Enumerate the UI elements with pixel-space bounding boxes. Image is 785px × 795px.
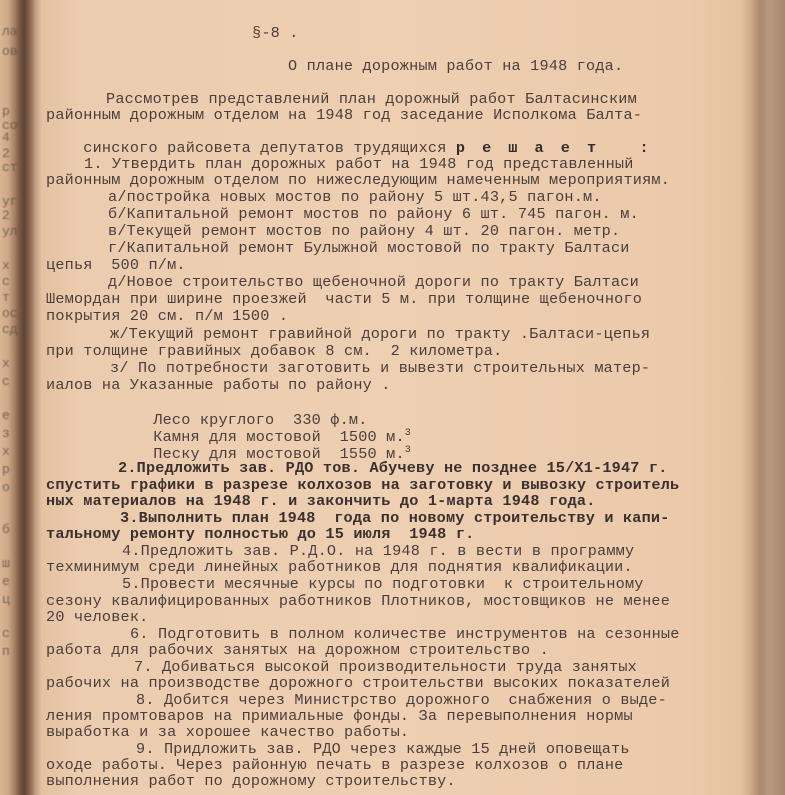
- subitem-zh: ж/Текущий ремонт гравийной дороги по тра…: [110, 325, 650, 343]
- subitem-d: покрытия 20 см. п/м 1500 .: [46, 307, 288, 325]
- item-5-line: 5.Провести месячные курсы по подготовки …: [122, 575, 644, 593]
- subitem-v: в/Текущей ремонт мостов по району 4 шт. …: [108, 222, 620, 240]
- material-unit-superscript: 3: [405, 445, 411, 456]
- page-number: §-8 .: [252, 24, 299, 42]
- subitem-z: иалов на Указанные работы по району .: [46, 376, 391, 394]
- item-2-line: ных материалов на 1948 г. и закончить до…: [46, 492, 596, 510]
- subitem-z: з/ По потребности заготовить и вывезти с…: [110, 359, 650, 377]
- subitem-a: а/постройка новых мостов по району 5 шт.…: [108, 188, 602, 206]
- item-5-line: 20 человек.: [46, 608, 148, 626]
- item-1-line: районным дорожным отделом по нижеследующ…: [46, 171, 670, 189]
- item-7-line: рабочих на производстве дорожного строит…: [46, 674, 670, 692]
- document-title: О плане дорожным работ на 1948 года.: [288, 57, 623, 75]
- item-3-line: тальному ремонту полностью до 15 июля 19…: [46, 525, 474, 543]
- subitem-d: Шемордан при ширине проезжей части 5 м. …: [46, 290, 642, 308]
- subitem-b: б/Капитальной ремонт мостов по району 6 …: [108, 205, 639, 223]
- book-spine-fold: [16, 0, 34, 795]
- item-2-line: 2.Предложить зав. РДО тов. Абучеву не по…: [118, 459, 668, 477]
- page-right-edge: [749, 0, 785, 795]
- item-4-line: техминимум среди линейных работников для…: [46, 558, 633, 576]
- item-6-line: работа для рабочих занятых на дорожном с…: [46, 641, 549, 659]
- subitem-d: д/Новое строительство щебеночной дороги …: [108, 273, 639, 291]
- subitem-zh: при толщине гравийных добавок 8 см. 2 ки…: [46, 342, 502, 360]
- subitem-g: цепья 500 п/м.: [46, 256, 186, 274]
- item-9-line: выполнения работ по дорожному строительс…: [46, 772, 456, 790]
- subitem-g: г/Капитальной ремонт Булыжной мостовой п…: [108, 239, 630, 257]
- item-8-line: выработка и за хорошее качество работы.: [46, 723, 409, 741]
